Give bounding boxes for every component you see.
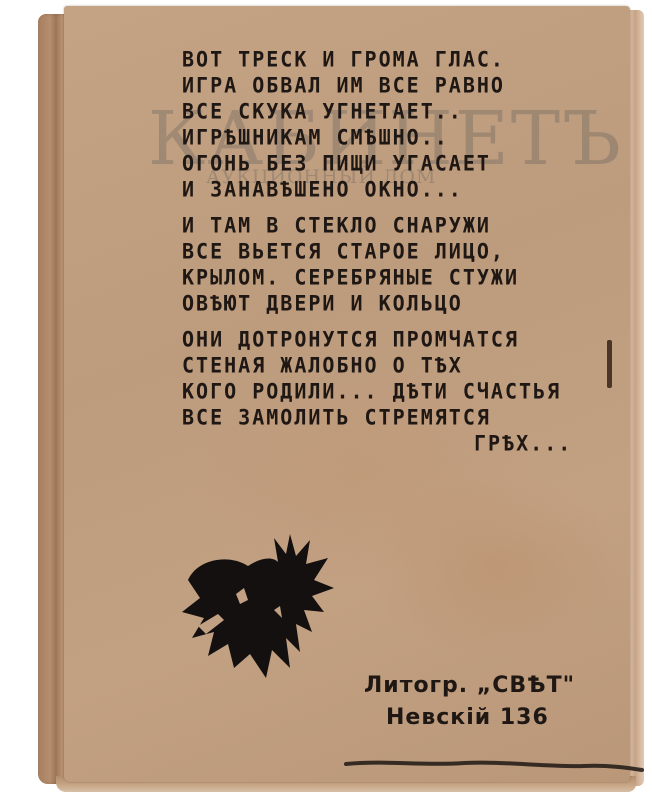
poem-line: ВСЕ ЗАМОЛИТЬ СТРЕМЯТСЯ — [182, 403, 642, 430]
stanza-3: ОНИ ДОТРОНУТСЯ ПРОМЧАТСЯ СТЕНАЯ ЖАЛОБНО … — [182, 326, 642, 456]
handwritten-poem: ВОТ ТРЕСК И ГРОМА ГЛАС. ИГРА ОБВАЛ ИМ ВС… — [182, 46, 642, 466]
imprint-printer: Литогр. „СВѢТ" — [364, 670, 575, 702]
poem-line: ВСЕ ВЬЕТСЯ СТАРОЕ ЛИЦО, — [182, 237, 642, 264]
poem-line: И ЗАНАВѢШЕНО ОКНО... — [182, 175, 642, 202]
poem-line: ИГРѢШНИКАМ СМѢШНО.. — [182, 123, 642, 150]
stanza-2: И ТАМ В СТЕКЛО СНАРУЖИ ВСЕ ВЬЕТСЯ СТАРОЕ… — [182, 212, 642, 316]
poem-line: И ТАМ В СТЕКЛО СНАРУЖИ — [182, 211, 642, 238]
printer-imprint: Литогр. „СВѢТ" Невскiй 136 — [364, 670, 575, 734]
poem-line: ГРѢХ... — [182, 429, 642, 456]
figure-drawing-icon — [178, 528, 338, 688]
ink-drawing-illustration — [178, 528, 338, 688]
poem-line: ИГРА ОБВАЛ ИМ ВСЕ РАВНО — [182, 71, 642, 98]
poem-line: ОВѢЮТ ДВЕРИ И КОЛЬЦО — [182, 289, 642, 316]
poem-line: СТЕНАЯ ЖАЛОБНО О ТѢХ — [182, 351, 642, 378]
poem-line: ВСЕ СКУКА УГНЕТАЕТ.. — [182, 97, 642, 124]
poem-line: КОГО РОДИЛИ... ДѢТИ СЧАСТЬЯ — [182, 377, 642, 404]
ink-underline-stroke — [344, 758, 644, 772]
imprint-address: Невскiй 136 — [364, 702, 575, 734]
poem-line: ОГОНЬ БЕЗ ПИЩИ УГАСАЕТ — [182, 149, 642, 176]
poem-line: ВОТ ТРЕСК И ГРОМА ГЛАС. — [182, 45, 642, 72]
back-cover: КАБИНЕТЪ АУКЦИОННЫЙ ДОМ ВОТ ТРЕСК И ГРОМ… — [64, 6, 630, 782]
poem-line: КРЫЛОМ. СЕРЕБРЯНЫЕ СТУЖИ — [182, 263, 642, 290]
poem-line: ОНИ ДОТРОНУТСЯ ПРОМЧАТСЯ — [182, 325, 642, 352]
booklet: КАБИНЕТЪ АУКЦИОННЫЙ ДОМ ВОТ ТРЕСК И ГРОМ… — [38, 6, 644, 792]
stanza-1: ВОТ ТРЕСК И ГРОМА ГЛАС. ИГРА ОБВАЛ ИМ ВС… — [182, 46, 642, 202]
